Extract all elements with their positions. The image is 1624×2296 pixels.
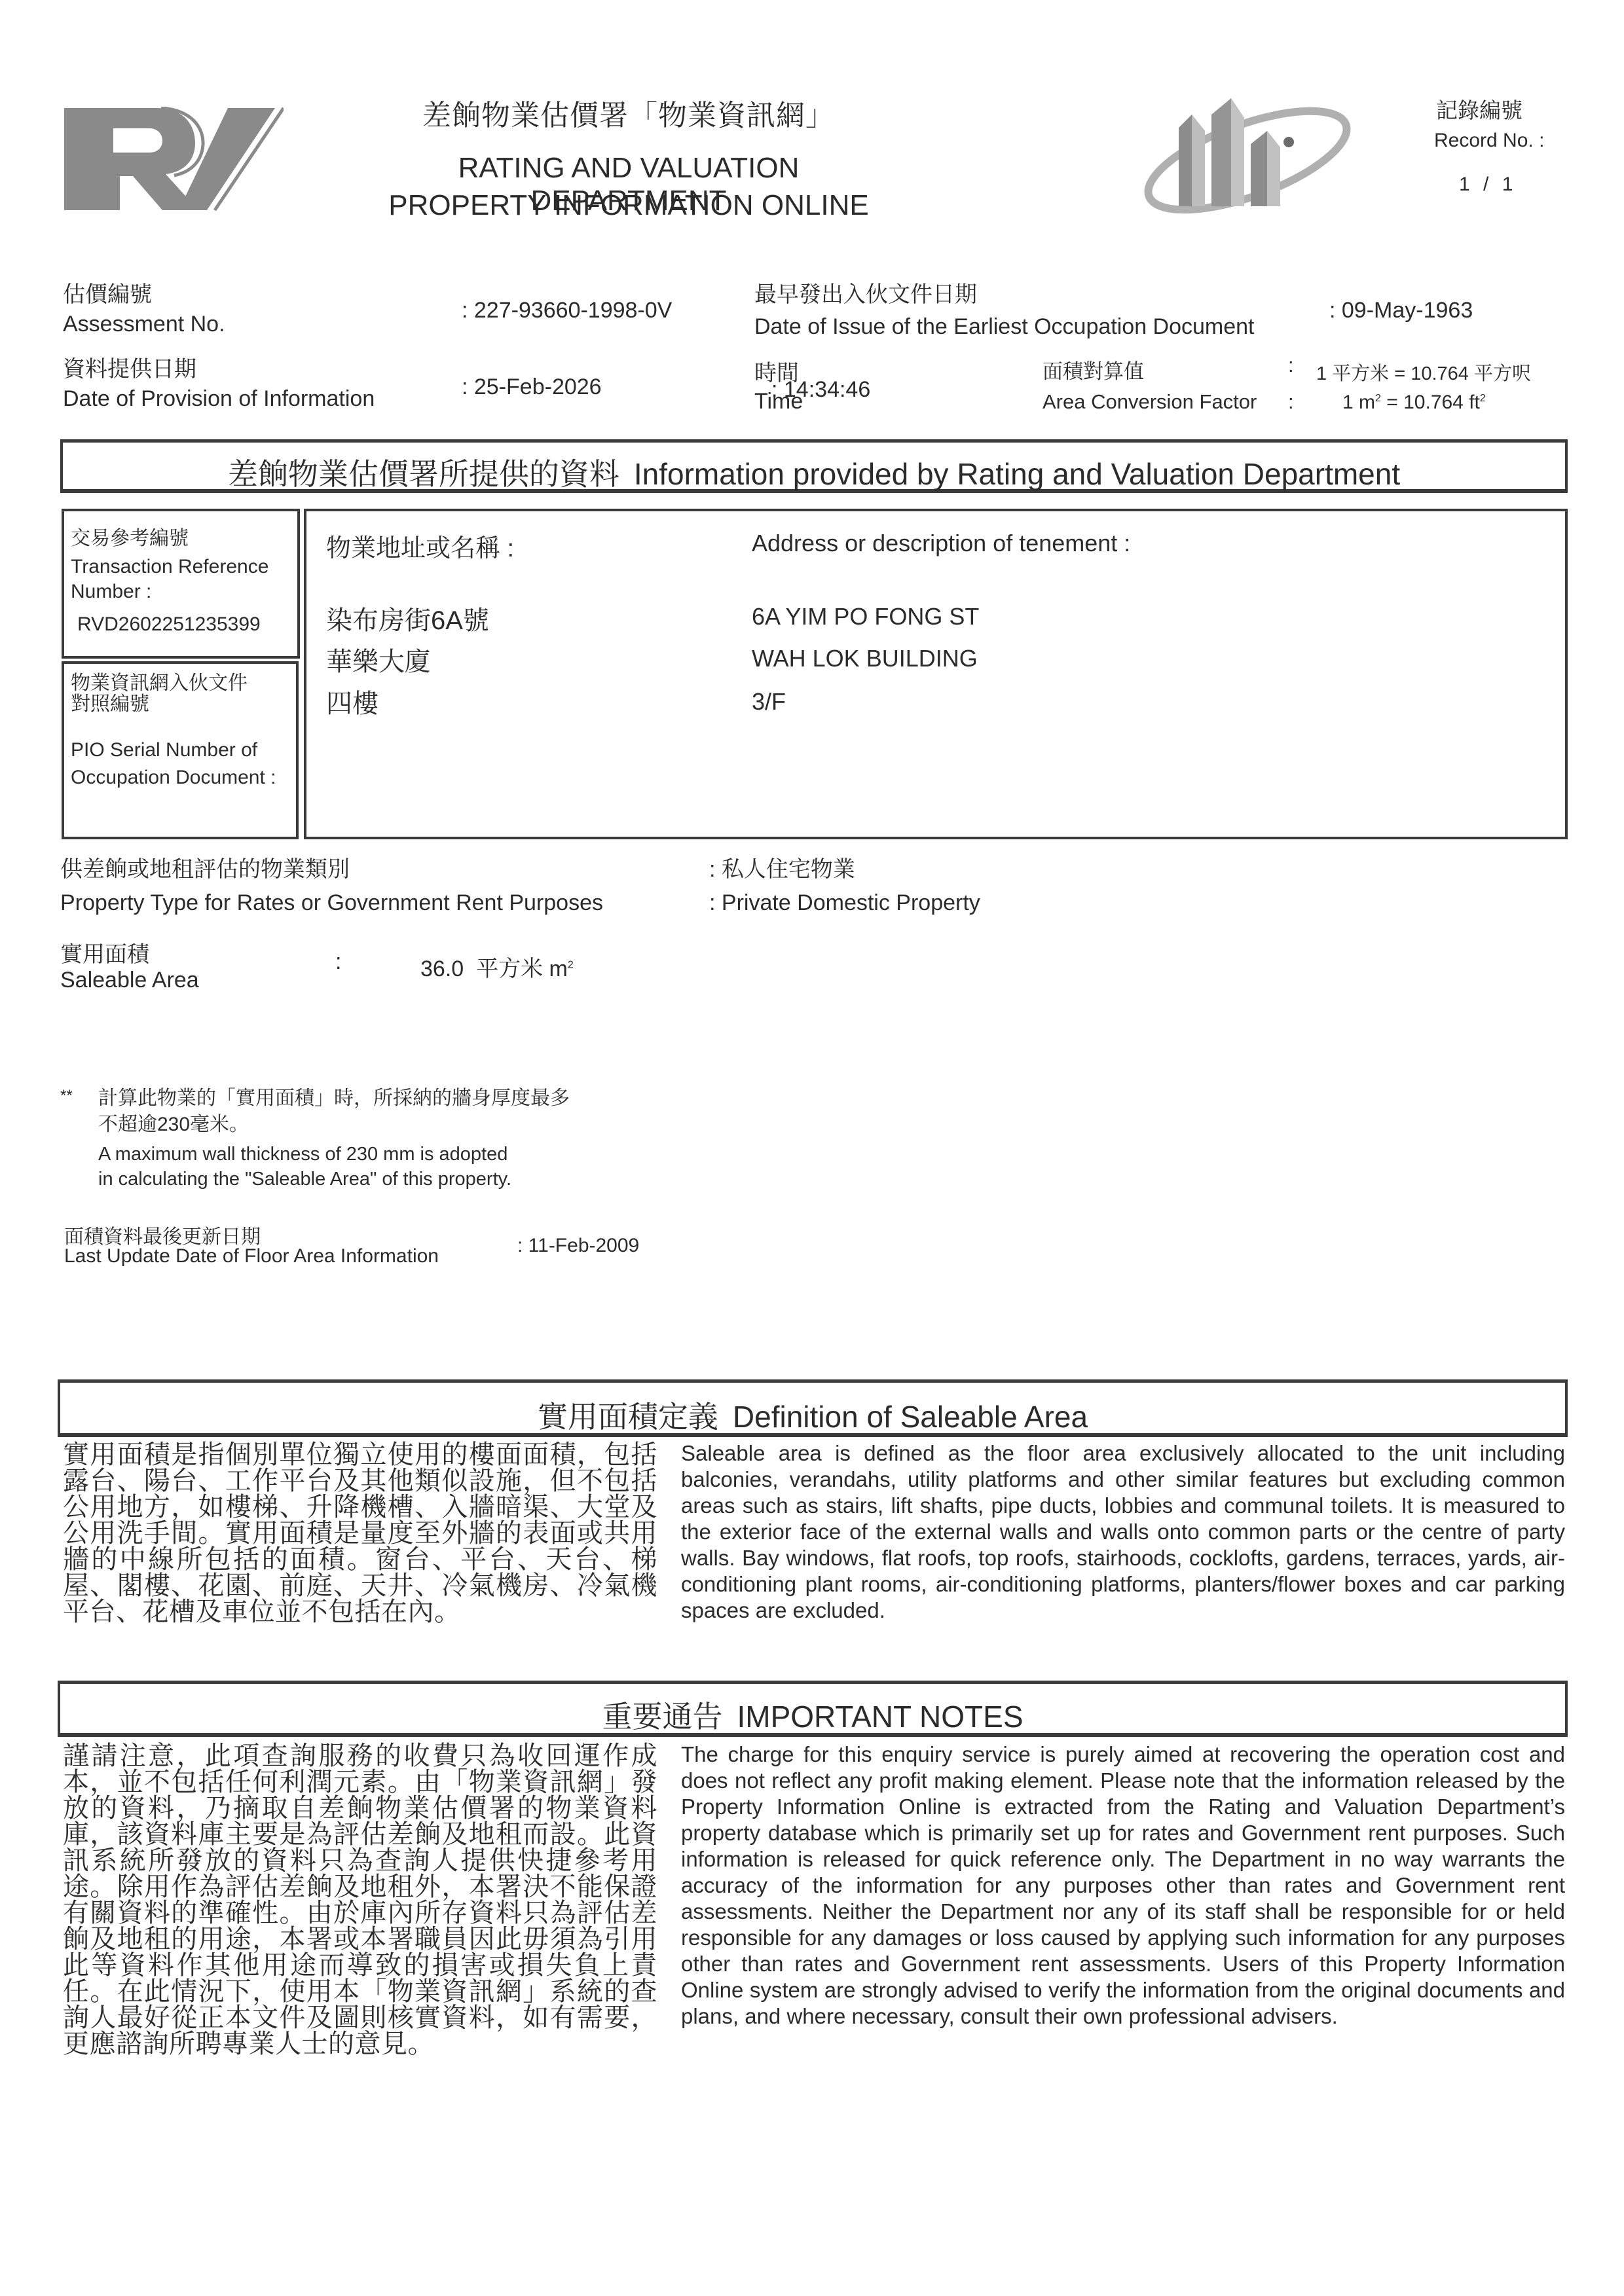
saleable-area-label-zh: 實用面積	[60, 936, 149, 968]
last-update-label-en: Last Update Date of Floor Area Informati…	[64, 1245, 439, 1267]
area-conversion-label-en: Area Conversion Factor	[1043, 390, 1257, 414]
pio-serial-label-zh-1: 物業資訊網入伙文件	[71, 673, 248, 694]
saleable-area-value: 36.0 平方米 m2	[420, 951, 574, 983]
earliest-occupation-label-zh: 最早發出入伙文件日期	[754, 276, 977, 308]
earliest-occupation-label-en: Date of Issue of the Earliest Occupation…	[754, 314, 1255, 340]
wall-note-zh-line-2: 不超逾230毫米。	[98, 1108, 249, 1137]
notes-heading-zh: 重要通告	[602, 1700, 722, 1734]
address-zh-line-2: 華樂大廈	[326, 641, 431, 678]
property-type-value-en: : Private Domestic Property	[709, 890, 980, 916]
wall-note-en-line-1: A maximum wall thickness of 230 mm is ad…	[98, 1144, 507, 1165]
definition-heading-zh: 實用面積定義	[538, 1400, 718, 1434]
definition-heading-en: Definition of Saleable Area	[733, 1400, 1088, 1434]
pio-serial-box: 物業資訊網入伙文件 對照編號 PIO Serial Number of Occu…	[62, 661, 299, 839]
transaction-ref-label-zh: 交易參考編號	[71, 522, 189, 551]
info-heading-en: Information provided by Rating and Valua…	[634, 457, 1400, 491]
area-conversion-value-zh: 1 平方米 = 10.764 平方呎	[1316, 359, 1531, 386]
provision-date-value: : 25-Feb-2026	[462, 374, 602, 400]
address-box: 物業地址或名稱 : Address or description of tene…	[304, 509, 1568, 839]
area-conversion-value-en: 1 m2 = 10.764 ft2	[1342, 392, 1486, 414]
address-en-line-1: 6A YIM PO FONG ST	[752, 603, 979, 630]
property-type-label-zh: 供差餉或地租評估的物業類別	[60, 851, 350, 883]
page-title-zh: 差餉物業估價署「物業資訊網」	[419, 92, 838, 134]
area-conversion-colon-zh: :	[1288, 354, 1294, 377]
info-heading-zh: 差餉物業估價署所提供的資料	[228, 457, 619, 491]
assessment-no-value: : 227-93660-1998-0V	[462, 298, 672, 323]
rv-logo-icon	[64, 107, 284, 211]
time-value: : 14:34:46	[771, 377, 870, 403]
definition-body-zh: 實用面積是指個別單位獨立使用的樓面面積，包括露台、陽台、工作平台及其他類似設施，…	[63, 1442, 657, 1625]
page-subtitle-en: PROPERTY INFORMATION ONLINE	[367, 189, 891, 222]
address-en-line-3: 3/F	[752, 688, 786, 716]
record-no-label-zh: 記錄編號	[1436, 94, 1522, 124]
definition-body-en: Saleable area is defined as the floor ar…	[681, 1440, 1565, 1624]
property-type-value-zh: : 私人住宅物業	[709, 851, 855, 883]
address-zh-line-3: 四樓	[326, 683, 378, 720]
wall-note-marker: **	[60, 1087, 73, 1105]
area-conversion-label-zh: 面積對算值	[1043, 355, 1144, 384]
transaction-ref-label-en-2: Number :	[71, 581, 151, 603]
pio-serial-label-zh-2: 對照編號	[71, 694, 149, 715]
pio-buildings-logo-icon	[1139, 92, 1356, 216]
notes-heading-en: IMPORTANT NOTES	[737, 1700, 1023, 1734]
earliest-occupation-value: : 09-May-1963	[1329, 298, 1473, 323]
address-en-line-2: WAH LOK BUILDING	[752, 645, 978, 672]
record-no-value: 1 / 1	[1459, 173, 1517, 196]
record-no-label-en: Record No. :	[1434, 130, 1544, 152]
saleable-area-number: 36.0	[420, 957, 464, 981]
transaction-ref-label-en-1: Transaction Reference	[71, 556, 268, 578]
notes-body-en: The charge for this enquiry service is p…	[681, 1741, 1565, 2030]
saleable-area-colon: :	[335, 949, 341, 975]
definition-section-header: 實用面積定義Definition of Saleable Area	[58, 1379, 1568, 1437]
wall-note-en-line-2: in calculating the "Saleable Area" of th…	[98, 1169, 511, 1190]
assessment-no-label-en: Assessment No.	[63, 312, 225, 337]
address-zh-line-1: 染布房街6A號	[326, 600, 489, 637]
wall-note-zh-line-1: 計算此物業的「實用面積」時，所採納的牆身厚度最多	[98, 1082, 570, 1110]
notes-body-zh: 謹請注意，此項查詢服務的收費只為收回運作成本，並不包括任何利潤元素。由「物業資訊…	[63, 1743, 657, 2057]
last-update-value: : 11-Feb-2009	[517, 1235, 639, 1257]
transaction-ref-value: RVD2602251235399	[77, 613, 261, 636]
address-label-en: Address or description of tenement :	[752, 530, 1130, 557]
saleable-area-label-en: Saleable Area	[60, 968, 199, 993]
notes-section-header: 重要通告IMPORTANT NOTES	[58, 1681, 1568, 1737]
transaction-ref-box: 交易參考編號 Transaction Reference Number : RV…	[62, 509, 300, 659]
provision-date-label-zh: 資料提供日期	[63, 351, 196, 383]
pio-serial-label-en-1: PIO Serial Number of	[71, 739, 257, 761]
pio-serial-label-en-2: Occupation Document :	[71, 767, 276, 789]
assessment-no-label-zh: 估價編號	[63, 276, 152, 308]
saleable-area-unit: 平方米 m	[476, 957, 568, 981]
address-label-zh: 物業地址或名稱 :	[326, 528, 514, 564]
property-type-label-en: Property Type for Rates or Government Re…	[60, 890, 603, 916]
provision-date-label-en: Date of Provision of Information	[63, 386, 375, 412]
area-conversion-colon-en: :	[1288, 390, 1294, 414]
info-section-header: 差餉物業估價署所提供的資料Information provided by Rat…	[60, 439, 1568, 493]
